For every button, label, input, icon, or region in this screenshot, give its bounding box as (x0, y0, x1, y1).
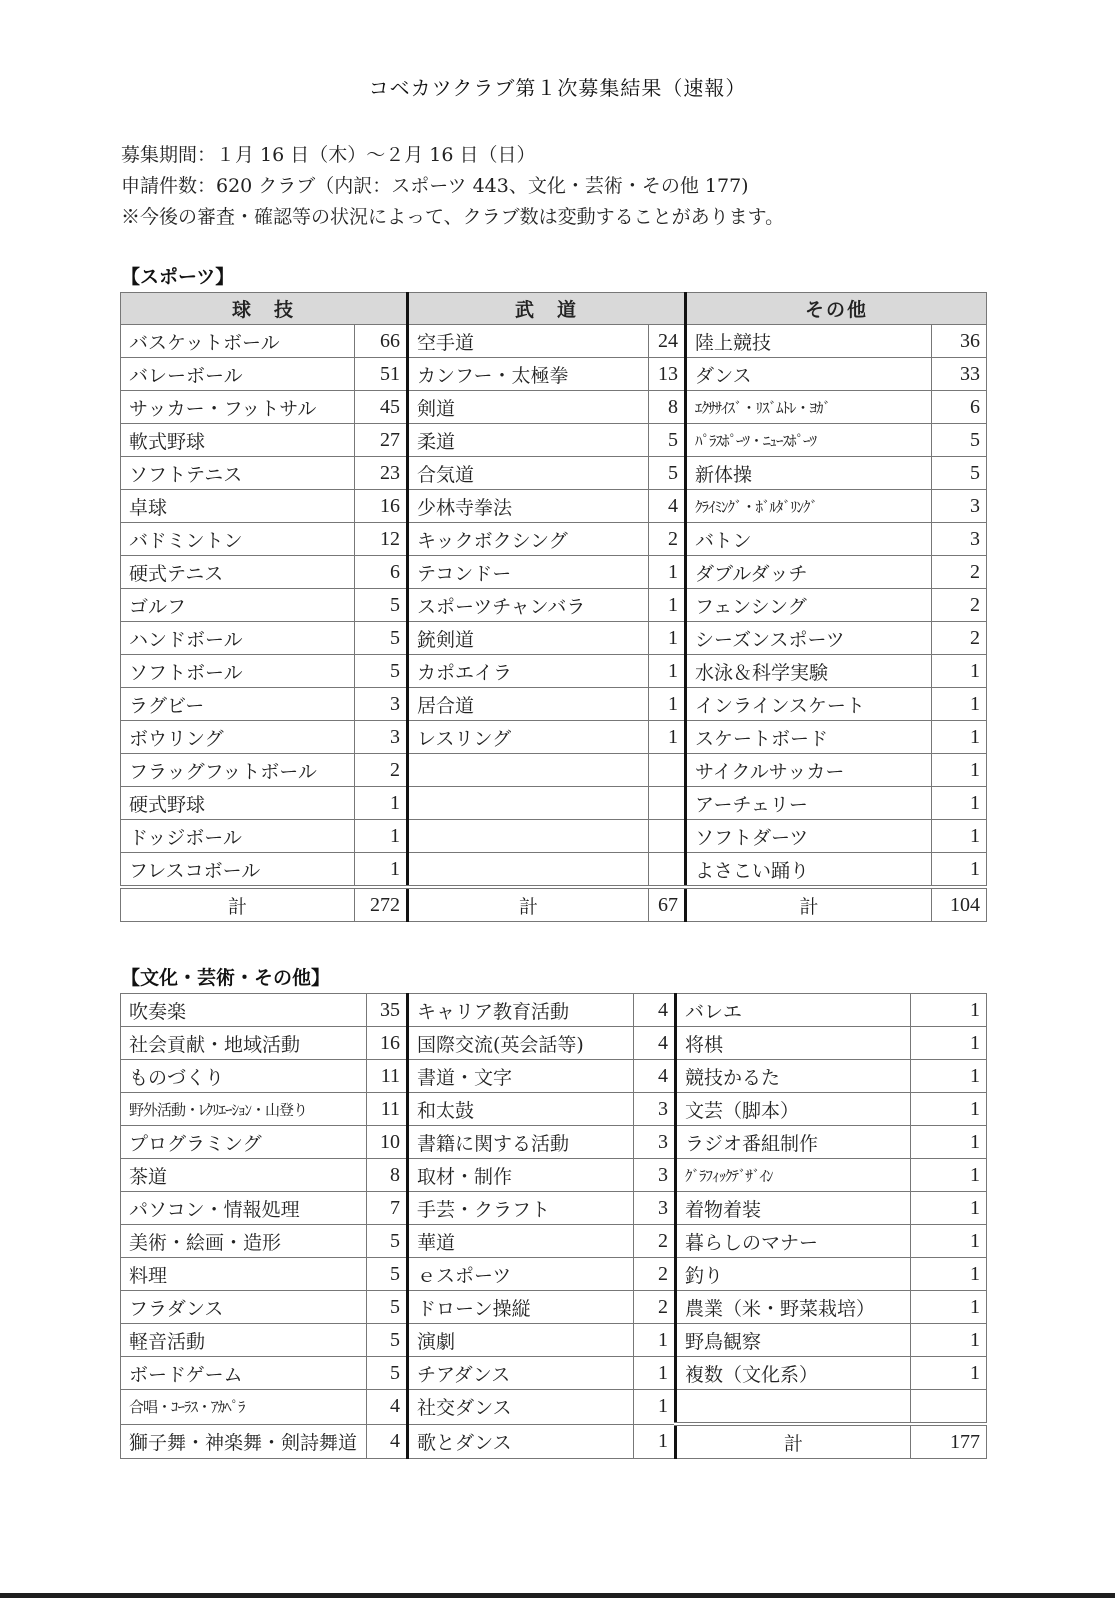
club-count: 1 (911, 1291, 987, 1324)
club-name: 料理 (121, 1258, 367, 1291)
club-count: 2 (355, 754, 408, 787)
club-name: 空手道 (408, 325, 649, 358)
club-name: チアダンス (408, 1357, 634, 1390)
club-name: 軟式野球 (121, 424, 355, 457)
club-count: 4 (367, 1424, 408, 1459)
table-row: バドミントン12キックボクシング2バトン3 (121, 523, 987, 556)
club-name: ﾊﾟﾗｽﾎﾟｰﾂ・ﾆｭｰｽﾎﾟｰﾂ (686, 424, 932, 457)
club-count: 1 (911, 1126, 987, 1159)
club-count: 3 (355, 721, 408, 754)
club-name: 暮らしのマナー (676, 1225, 911, 1258)
club-name: ｸﾞﾗﾌｨｯｸﾃﾞｻﾞｲﾝ (676, 1159, 911, 1192)
club-name: インラインスケート (686, 688, 932, 721)
club-name: カポエイラ (408, 655, 649, 688)
total-label: 計 (676, 1424, 911, 1459)
club-count: 36 (932, 325, 987, 358)
club-count: 5 (932, 457, 987, 490)
club-count: 4 (634, 1060, 676, 1093)
club-name: ボードゲーム (121, 1357, 367, 1390)
club-count: 2 (932, 556, 987, 589)
table-row: 社会貢献・地域活動16国際交流(英会話等)4将棋1 (121, 1027, 987, 1060)
club-count: 1 (911, 1060, 987, 1093)
club-count: 1 (932, 721, 987, 754)
club-count: 51 (355, 358, 408, 391)
club-count: 1 (911, 1159, 987, 1192)
club-count: 5 (367, 1357, 408, 1390)
club-count: 1 (649, 688, 686, 721)
club-name: 軽音活動 (121, 1324, 367, 1357)
total-value: 67 (649, 887, 686, 922)
club-count: 1 (634, 1324, 676, 1357)
club-count: 1 (355, 787, 408, 820)
club-count: 1 (911, 1093, 987, 1126)
table-row: 料理5ｅスポーツ2釣り1 (121, 1258, 987, 1291)
club-name: ソフトダーツ (686, 820, 932, 853)
club-name: テコンドー (408, 556, 649, 589)
club-count: 5 (649, 424, 686, 457)
club-count: 5 (367, 1291, 408, 1324)
club-name: 競技かるた (676, 1060, 911, 1093)
club-name: 社交ダンス (408, 1390, 634, 1425)
club-name: ものづくり (121, 1060, 367, 1093)
club-name: 陸上競技 (686, 325, 932, 358)
club-name: 将棋 (676, 1027, 911, 1060)
club-count: 2 (649, 523, 686, 556)
club-name: キャリア教育活動 (408, 994, 634, 1027)
header-other-sports: その他 (686, 293, 987, 325)
club-count: 3 (355, 688, 408, 721)
club-name: ボウリング (121, 721, 355, 754)
table-row: 軽音活動5演劇1野鳥観察1 (121, 1324, 987, 1357)
club-count: 5 (355, 622, 408, 655)
application-count: 申請件数：620 クラブ（内訳：スポーツ 443、文化・芸術・その他 177) (121, 171, 784, 202)
table-row: 硬式野球1アーチェリー1 (121, 787, 987, 820)
club-name: 歌とダンス (408, 1424, 634, 1459)
club-name: 農業（米・野菜栽培） (676, 1291, 911, 1324)
club-name: 国際交流(英会話等) (408, 1027, 634, 1060)
table-row: 茶道8取材・制作3ｸﾞﾗﾌｨｯｸﾃﾞｻﾞｲﾝ1 (121, 1159, 987, 1192)
club-count: 1 (911, 1027, 987, 1060)
club-name: カンフー・太極拳 (408, 358, 649, 391)
club-count: 1 (911, 1357, 987, 1390)
club-name: ゴルフ (121, 589, 355, 622)
club-count: 1 (649, 721, 686, 754)
club-count: 3 (634, 1159, 676, 1192)
table-row: 美術・絵画・造形5華道2暮らしのマナー1 (121, 1225, 987, 1258)
disclaimer-note: ※今後の審査・確認等の状況によって、クラブ数は変動することがあります。 (121, 202, 784, 233)
club-name: スケートボード (686, 721, 932, 754)
club-count (649, 853, 686, 888)
club-count: 1 (634, 1357, 676, 1390)
club-name: ダンス (686, 358, 932, 391)
table-row: フラッグフットボール2サイクルサッカー1 (121, 754, 987, 787)
club-name: 茶道 (121, 1159, 367, 1192)
club-name: 社会貢献・地域活動 (121, 1027, 367, 1060)
club-count: 2 (932, 622, 987, 655)
table-row: パソコン・情報処理7手芸・クラフト3着物着装1 (121, 1192, 987, 1225)
club-name: バレーボール (121, 358, 355, 391)
club-count: 10 (367, 1126, 408, 1159)
sports-section-label: 【スポーツ】 (121, 262, 234, 289)
club-name: ラグビー (121, 688, 355, 721)
club-count: 2 (634, 1291, 676, 1324)
club-count: 1 (932, 853, 987, 888)
club-name: 書籍に関する活動 (408, 1126, 634, 1159)
club-count: 4 (649, 490, 686, 523)
club-name: バトン (686, 523, 932, 556)
club-count: 66 (355, 325, 408, 358)
club-name: ラジオ番組制作 (676, 1126, 911, 1159)
club-count: 1 (911, 1192, 987, 1225)
club-name: 新体操 (686, 457, 932, 490)
club-name: ダブルダッチ (686, 556, 932, 589)
info-block: 募集期間：１月 16 日（木）～２月 16 日（日） 申請件数：620 クラブ（… (121, 140, 784, 233)
table-row: ハンドボール5銃剣道1シーズンスポーツ2 (121, 622, 987, 655)
club-name: 取材・制作 (408, 1159, 634, 1192)
club-count: 23 (355, 457, 408, 490)
table-row: 獅子舞・神楽舞・剣詩舞道4歌とダンス1計177 (121, 1424, 987, 1459)
club-name: ｴｸｻｻｲｽﾞ・ﾘｽﾞﾑﾄﾚ・ﾖｶﾞ (686, 391, 932, 424)
club-count: 11 (367, 1093, 408, 1126)
club-name: 居合道 (408, 688, 649, 721)
table-row: 吹奏楽35キャリア教育活動4バレエ1 (121, 994, 987, 1027)
club-count: 1 (932, 754, 987, 787)
table-row: バレーボール51カンフー・太極拳13ダンス33 (121, 358, 987, 391)
total-label: 計 (686, 887, 932, 922)
club-name (676, 1390, 911, 1425)
table-row: 野外活動・ﾚｸﾘｴｰｼｮﾝ・山登り11和太鼓3文芸（脚本）1 (121, 1093, 987, 1126)
table-row: ソフトボール5カポエイラ1水泳＆科学実験1 (121, 655, 987, 688)
club-name: サイクルサッカー (686, 754, 932, 787)
club-name: フラッグフットボール (121, 754, 355, 787)
table-row: 軟式野球27柔道5ﾊﾟﾗｽﾎﾟｰﾂ・ﾆｭｰｽﾎﾟｰﾂ5 (121, 424, 987, 457)
club-count: 1 (932, 820, 987, 853)
club-name (408, 754, 649, 787)
club-name: 合気道 (408, 457, 649, 490)
club-count (911, 1390, 987, 1425)
club-name: ドローン操縦 (408, 1291, 634, 1324)
table-row: フラダンス5ドローン操縦2農業（米・野菜栽培）1 (121, 1291, 987, 1324)
club-count: 5 (367, 1225, 408, 1258)
club-count: 4 (634, 1027, 676, 1060)
club-count: 5 (649, 457, 686, 490)
club-name: 野外活動・ﾚｸﾘｴｰｼｮﾝ・山登り (121, 1093, 367, 1126)
club-name: レスリング (408, 721, 649, 754)
club-count: 1 (911, 994, 987, 1027)
club-name: 合唱・ｺｰﾗｽ・ｱｶﾍﾟﾗ (121, 1390, 367, 1425)
club-name (408, 787, 649, 820)
club-count: 16 (355, 490, 408, 523)
club-name: 少林寺拳法 (408, 490, 649, 523)
table-row: 卓球16少林寺拳法4ｸﾗｲﾐﾝｸﾞ・ﾎﾞﾙﾀﾞﾘﾝｸﾞ3 (121, 490, 987, 523)
document-title: コベカツクラブ第１次募集結果（速報） (0, 72, 1115, 101)
club-name: 手芸・クラフト (408, 1192, 634, 1225)
club-count: 3 (634, 1093, 676, 1126)
table-row: ボウリング3レスリング1スケートボード1 (121, 721, 987, 754)
club-count: 5 (932, 424, 987, 457)
total-label: 計 (121, 887, 355, 922)
club-count: 8 (649, 391, 686, 424)
club-count: 2 (634, 1225, 676, 1258)
club-count: 1 (911, 1324, 987, 1357)
club-name: フラダンス (121, 1291, 367, 1324)
club-count: 1 (911, 1258, 987, 1291)
club-name: よさこい踊り (686, 853, 932, 888)
club-count: 1 (649, 556, 686, 589)
total-value: 177 (911, 1424, 987, 1459)
table-row: ラグビー3居合道1インラインスケート1 (121, 688, 987, 721)
club-count: 6 (355, 556, 408, 589)
club-count: 3 (932, 523, 987, 556)
sports-total-row: 計272計67計104 (121, 887, 987, 922)
club-count: 1 (932, 655, 987, 688)
club-name: ｸﾗｲﾐﾝｸﾞ・ﾎﾞﾙﾀﾞﾘﾝｸﾞ (686, 490, 932, 523)
club-count: 3 (634, 1126, 676, 1159)
club-count: 2 (634, 1258, 676, 1291)
club-name: ソフトテニス (121, 457, 355, 490)
club-count: 7 (367, 1192, 408, 1225)
total-label: 計 (408, 887, 649, 922)
club-name: ソフトボール (121, 655, 355, 688)
club-count: 33 (932, 358, 987, 391)
club-name: バスケットボール (121, 325, 355, 358)
table-row: ゴルフ5スポーツチャンバラ1フェンシング2 (121, 589, 987, 622)
club-name: 着物着装 (676, 1192, 911, 1225)
club-count: 1 (634, 1390, 676, 1425)
club-name: アーチェリー (686, 787, 932, 820)
recruitment-period: 募集期間：１月 16 日（木）～２月 16 日（日） (121, 140, 784, 171)
club-name: フレスコボール (121, 853, 355, 888)
club-name: キックボクシング (408, 523, 649, 556)
club-name: シーズンスポーツ (686, 622, 932, 655)
club-count: 1 (649, 589, 686, 622)
club-name: バドミントン (121, 523, 355, 556)
table-row: バスケットボール66空手道24陸上競技36 (121, 325, 987, 358)
total-value: 272 (355, 887, 408, 922)
club-count: 35 (367, 994, 408, 1027)
club-count (649, 754, 686, 787)
club-count: 1 (911, 1225, 987, 1258)
club-name: 和太鼓 (408, 1093, 634, 1126)
club-count: 1 (649, 655, 686, 688)
club-name: 文芸（脚本） (676, 1093, 911, 1126)
table-row: ドッジボール1ソフトダーツ1 (121, 820, 987, 853)
club-name: 柔道 (408, 424, 649, 457)
club-count: 1 (649, 622, 686, 655)
total-value: 104 (932, 887, 987, 922)
table-row: 合唱・ｺｰﾗｽ・ｱｶﾍﾟﾗ4社交ダンス1 (121, 1390, 987, 1425)
table-row: ものづくり11書道・文字4競技かるた1 (121, 1060, 987, 1093)
club-count (649, 787, 686, 820)
club-count: 1 (355, 820, 408, 853)
club-count: 24 (649, 325, 686, 358)
club-name: スポーツチャンバラ (408, 589, 649, 622)
club-count: 1 (355, 853, 408, 888)
club-name: 複数（文化系） (676, 1357, 911, 1390)
club-name: 硬式テニス (121, 556, 355, 589)
club-name: バレエ (676, 994, 911, 1027)
table-row: 硬式テニス6テコンドー1ダブルダッチ2 (121, 556, 987, 589)
club-name: 美術・絵画・造形 (121, 1225, 367, 1258)
club-name: フェンシング (686, 589, 932, 622)
bottom-bar (0, 1593, 1115, 1598)
club-name: プログラミング (121, 1126, 367, 1159)
club-name: 硬式野球 (121, 787, 355, 820)
club-count: 1 (932, 688, 987, 721)
header-martial-arts: 武 道 (408, 293, 686, 325)
club-name: 剣道 (408, 391, 649, 424)
club-name: パソコン・情報処理 (121, 1192, 367, 1225)
club-count: 4 (634, 994, 676, 1027)
club-name: ｅスポーツ (408, 1258, 634, 1291)
club-name: 演劇 (408, 1324, 634, 1357)
sports-table: 球 技 武 道 その他 バスケットボール66空手道24陸上競技36バレーボール5… (120, 292, 987, 922)
table-row: フレスコボール1よさこい踊り1 (121, 853, 987, 888)
club-count: 5 (367, 1258, 408, 1291)
culture-table: 吹奏楽35キャリア教育活動4バレエ1社会貢献・地域活動16国際交流(英会話等)4… (120, 993, 987, 1459)
club-name: 水泳＆科学実験 (686, 655, 932, 688)
club-name: 野鳥観察 (676, 1324, 911, 1357)
club-name: サッカー・フットサル (121, 391, 355, 424)
club-count: 5 (355, 589, 408, 622)
club-count: 4 (367, 1390, 408, 1425)
sports-header-row: 球 技 武 道 その他 (121, 293, 987, 325)
table-row: プログラミング10書籍に関する活動3ラジオ番組制作1 (121, 1126, 987, 1159)
header-ball-games: 球 技 (121, 293, 408, 325)
club-count: 5 (355, 655, 408, 688)
club-count: 1 (634, 1424, 676, 1459)
club-name: 華道 (408, 1225, 634, 1258)
club-count: 45 (355, 391, 408, 424)
club-name: 獅子舞・神楽舞・剣詩舞道 (121, 1424, 367, 1459)
culture-section-label: 【文化・芸術・その他】 (121, 963, 330, 990)
club-name (408, 853, 649, 888)
club-count: 3 (634, 1192, 676, 1225)
club-count: 6 (932, 391, 987, 424)
club-name: ハンドボール (121, 622, 355, 655)
club-count: 5 (367, 1324, 408, 1357)
table-row: サッカー・フットサル45剣道8ｴｸｻｻｲｽﾞ・ﾘｽﾞﾑﾄﾚ・ﾖｶﾞ6 (121, 391, 987, 424)
table-row: ソフトテニス23合気道5新体操5 (121, 457, 987, 490)
club-count: 11 (367, 1060, 408, 1093)
club-count: 2 (932, 589, 987, 622)
club-name: 書道・文字 (408, 1060, 634, 1093)
table-row: ボードゲーム5チアダンス1複数（文化系）1 (121, 1357, 987, 1390)
club-name: 銃剣道 (408, 622, 649, 655)
club-count (649, 820, 686, 853)
club-count: 16 (367, 1027, 408, 1060)
club-name (408, 820, 649, 853)
club-count: 8 (367, 1159, 408, 1192)
club-count: 13 (649, 358, 686, 391)
club-count: 12 (355, 523, 408, 556)
club-name: 吹奏楽 (121, 994, 367, 1027)
club-count: 27 (355, 424, 408, 457)
club-name: ドッジボール (121, 820, 355, 853)
club-count: 3 (932, 490, 987, 523)
club-count: 1 (932, 787, 987, 820)
club-name: 卓球 (121, 490, 355, 523)
club-name: 釣り (676, 1258, 911, 1291)
